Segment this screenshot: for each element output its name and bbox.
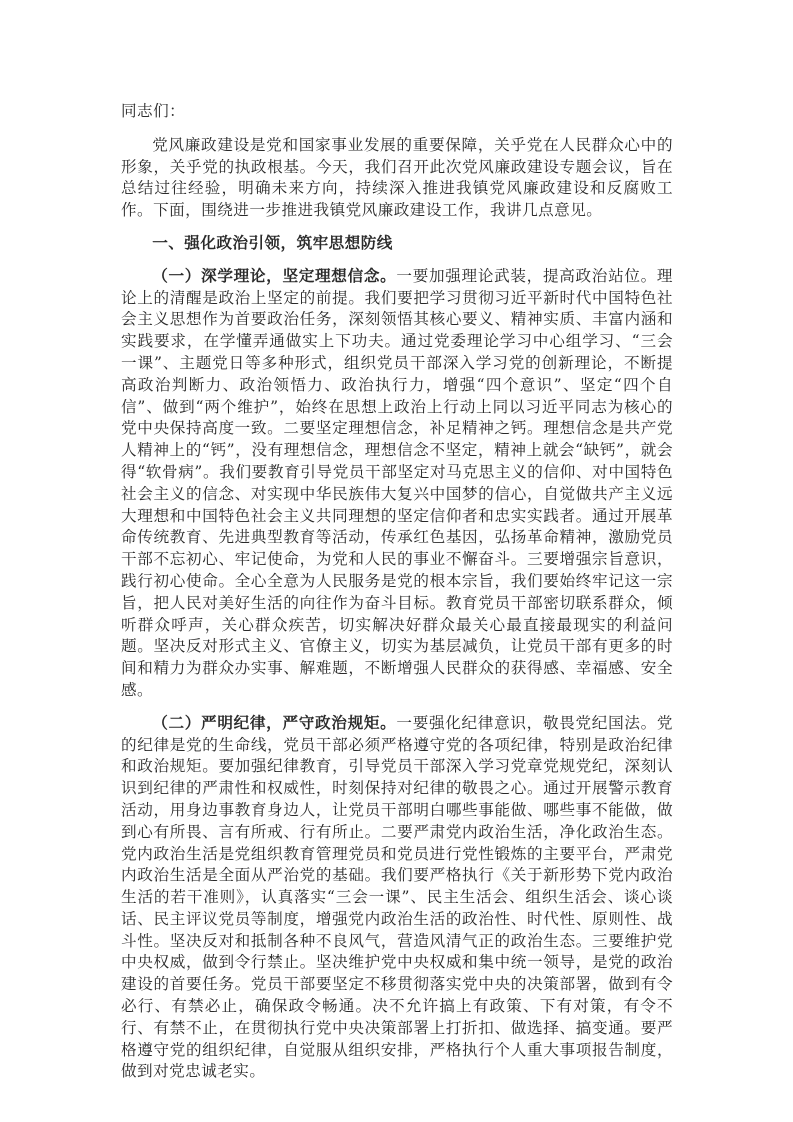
subsection-body: 一要强化纪律意识，敬畏党纪国法。党的纪律是党的生命线，党员干部必须严格遵守党的各… xyxy=(121,714,673,1081)
intro-paragraph: 党风廉政建设是党和国家事业发展的重要保障，关乎党在人民群众心中的形象，关乎党的执… xyxy=(121,135,673,222)
subsection-paragraph: （一）深学理论，坚定理想信念。一要加强理论武装，提高政治站位。理论上的清醒是政治… xyxy=(121,266,673,702)
subsection-body: 一要加强理论武装，提高政治站位。理论上的清醒是政治上坚定的前提。我们要把学习贯彻… xyxy=(121,267,673,699)
subsection-paragraph: （二）严明纪律，严守政治规矩。一要强化纪律意识，敬畏党纪国法。党的纪律是党的生命… xyxy=(121,713,673,1084)
section-heading: 一、强化政治引领，筑牢思想防线 xyxy=(121,233,673,255)
document-page: 同志们： 党风廉政建设是党和国家事业发展的重要保障，关乎党在人民群众心中的形象，… xyxy=(121,101,673,1094)
subsection-title: （一）深学理论，坚定理想信念。 xyxy=(152,267,396,285)
subsection-title: （二）严明纪律，严守政治规矩。 xyxy=(152,714,396,732)
salutation: 同志们： xyxy=(121,101,673,123)
